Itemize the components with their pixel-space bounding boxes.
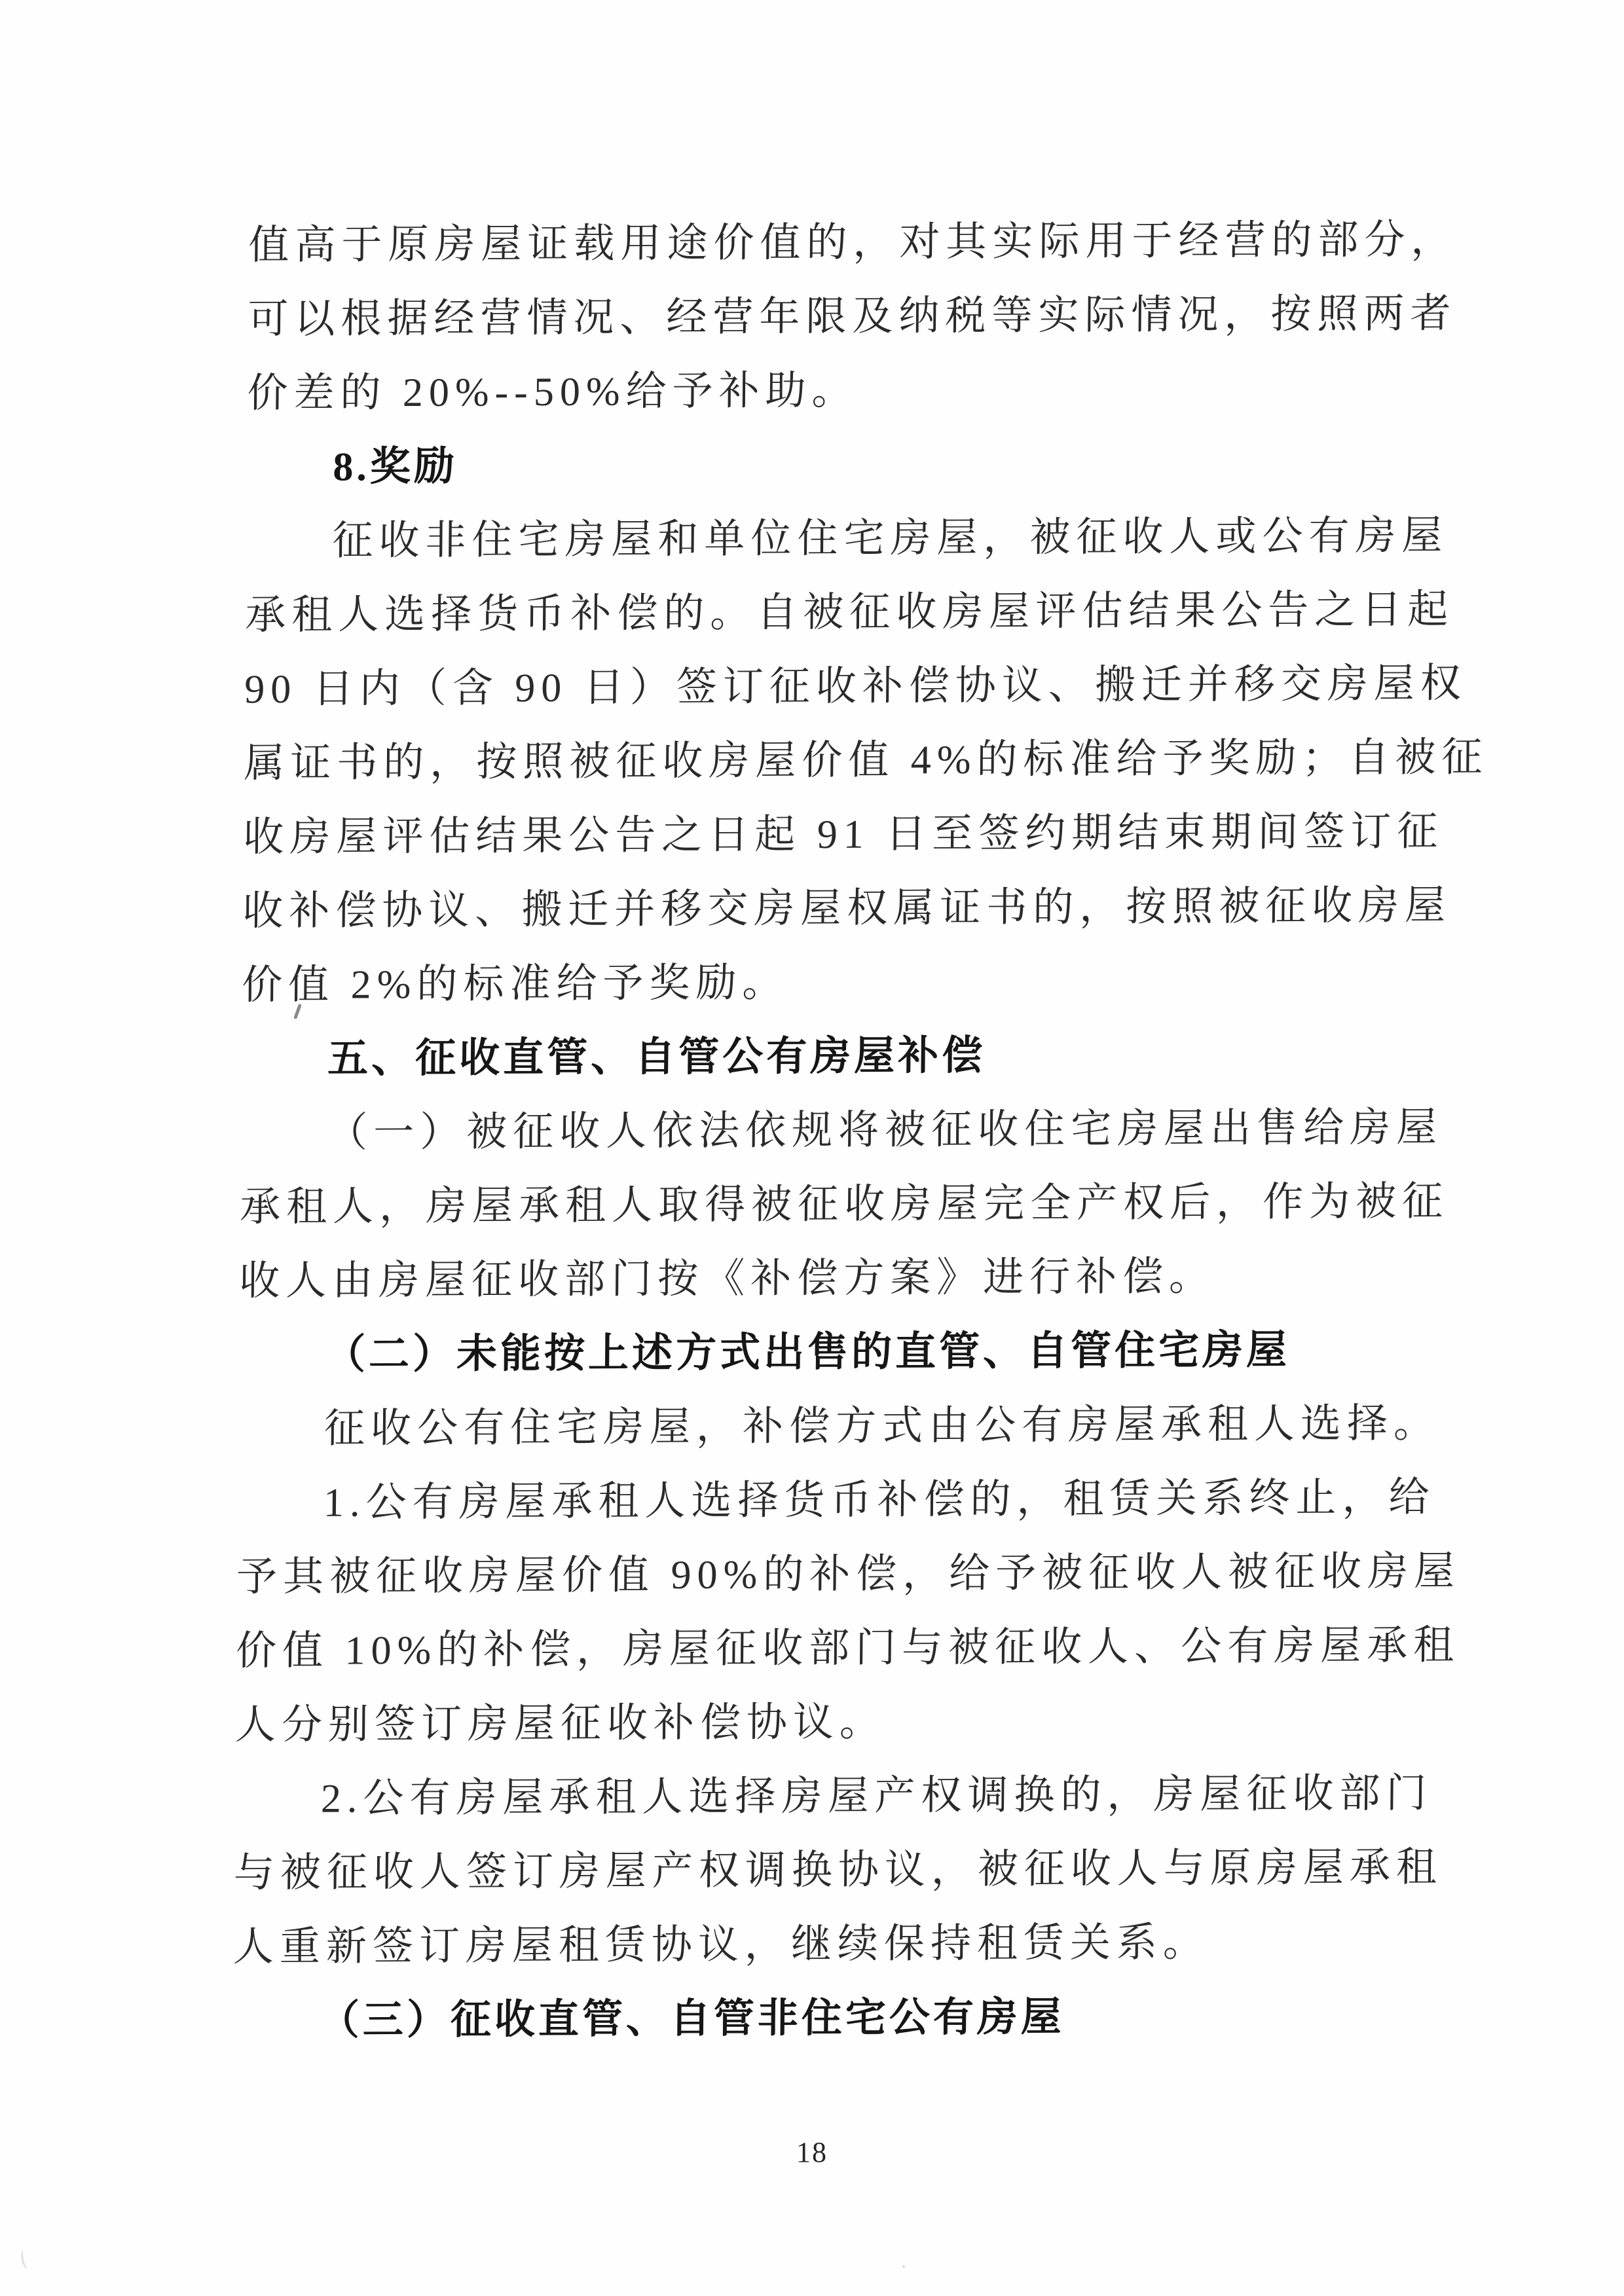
text-line: 五、征收直管、自管公有房屋补偿 — [241, 1017, 1375, 1097]
page-number: 18 — [0, 2136, 1624, 2169]
text-line: 与被征收人签订房屋产权调换协议，被征收人与原房屋承租 — [233, 1831, 1367, 1910]
text-line: 价值 2%的标准给予奖励。 — [242, 943, 1375, 1023]
text-line: （一）被征收人依法依规将被征收住宅房屋出售给房屋 — [240, 1091, 1374, 1171]
text-line: 人分别签订房屋征收补偿协议。 — [234, 1683, 1368, 1762]
text-line: 征收公有住宅房屋，补偿方式由公有房屋承租人选择。 — [238, 1387, 1371, 1467]
text-line: （三）征收直管、自管非住宅公有房屋 — [232, 1979, 1365, 2058]
text-line: 承租人选择货币补偿的。自被征收房屋评估结果公告之日起 — [245, 574, 1378, 653]
text-line: 属证书的，按照被征收房屋价值 4%的标准给予奖励；自被征 — [244, 721, 1377, 801]
text-line: 人重新签订房屋租赁协议，继续保持租赁关系。 — [232, 1905, 1366, 1984]
text-line: 2.公有房屋承租人选择房屋产权调换的，房屋征收部门 — [234, 1757, 1367, 1836]
text-line: 收补偿协议、搬迁并移交房屋权属证书的，按照被征收房屋 — [242, 869, 1376, 949]
text-line: 征收非住宅房屋和单位住宅房屋，被征收人或公有房屋 — [246, 500, 1379, 579]
text-line: 收人由房屋征收部门按《补偿方案》进行补偿。 — [239, 1239, 1373, 1319]
text-line: 予其被征收房屋价值 90%的补偿，给予被征收人被征收房屋 — [236, 1535, 1370, 1614]
text-line: 价值 10%的补偿，房屋征收部门与被征收人、公有房屋承租 — [235, 1609, 1369, 1688]
text-line: 承租人，房屋承租人取得被征收房屋完全产权后，作为被征 — [240, 1165, 1373, 1245]
text-line: 值高于原房屋证载用途价值的，对其实际用于经营的部分， — [248, 204, 1382, 283]
scan-artifact-speck — [20, 2249, 32, 2270]
text-line: 价差的 20%--50%给予补助。 — [247, 352, 1380, 431]
scan-artifact-dot — [902, 2265, 905, 2268]
text-line: （二）未能按上述方式出售的直管、自管住宅房屋 — [238, 1313, 1372, 1393]
document-page: 值高于原房屋证载用途价值的，对其实际用于经营的部分，可以根据经营情况、经营年限及… — [0, 0, 1624, 2296]
text-line: 8.奖励 — [246, 426, 1380, 505]
text-line: 1.公有房屋承租人选择货币补偿的，租赁关系终止，给 — [237, 1461, 1371, 1540]
text-line: 可以根据经营情况、经营年限及纳税等实际情况，按照两者 — [248, 278, 1381, 357]
text-line: 90 日内（含 90 日）签订征收补偿协议、搬迁并移交房屋权 — [244, 647, 1378, 727]
text-line: 收房屋评估结果公告之日起 91 日至签约期结束期间签订征 — [243, 795, 1376, 875]
body-text: 值高于原房屋证载用途价值的，对其实际用于经营的部分，可以根据经营情况、经营年限及… — [232, 204, 1382, 2059]
